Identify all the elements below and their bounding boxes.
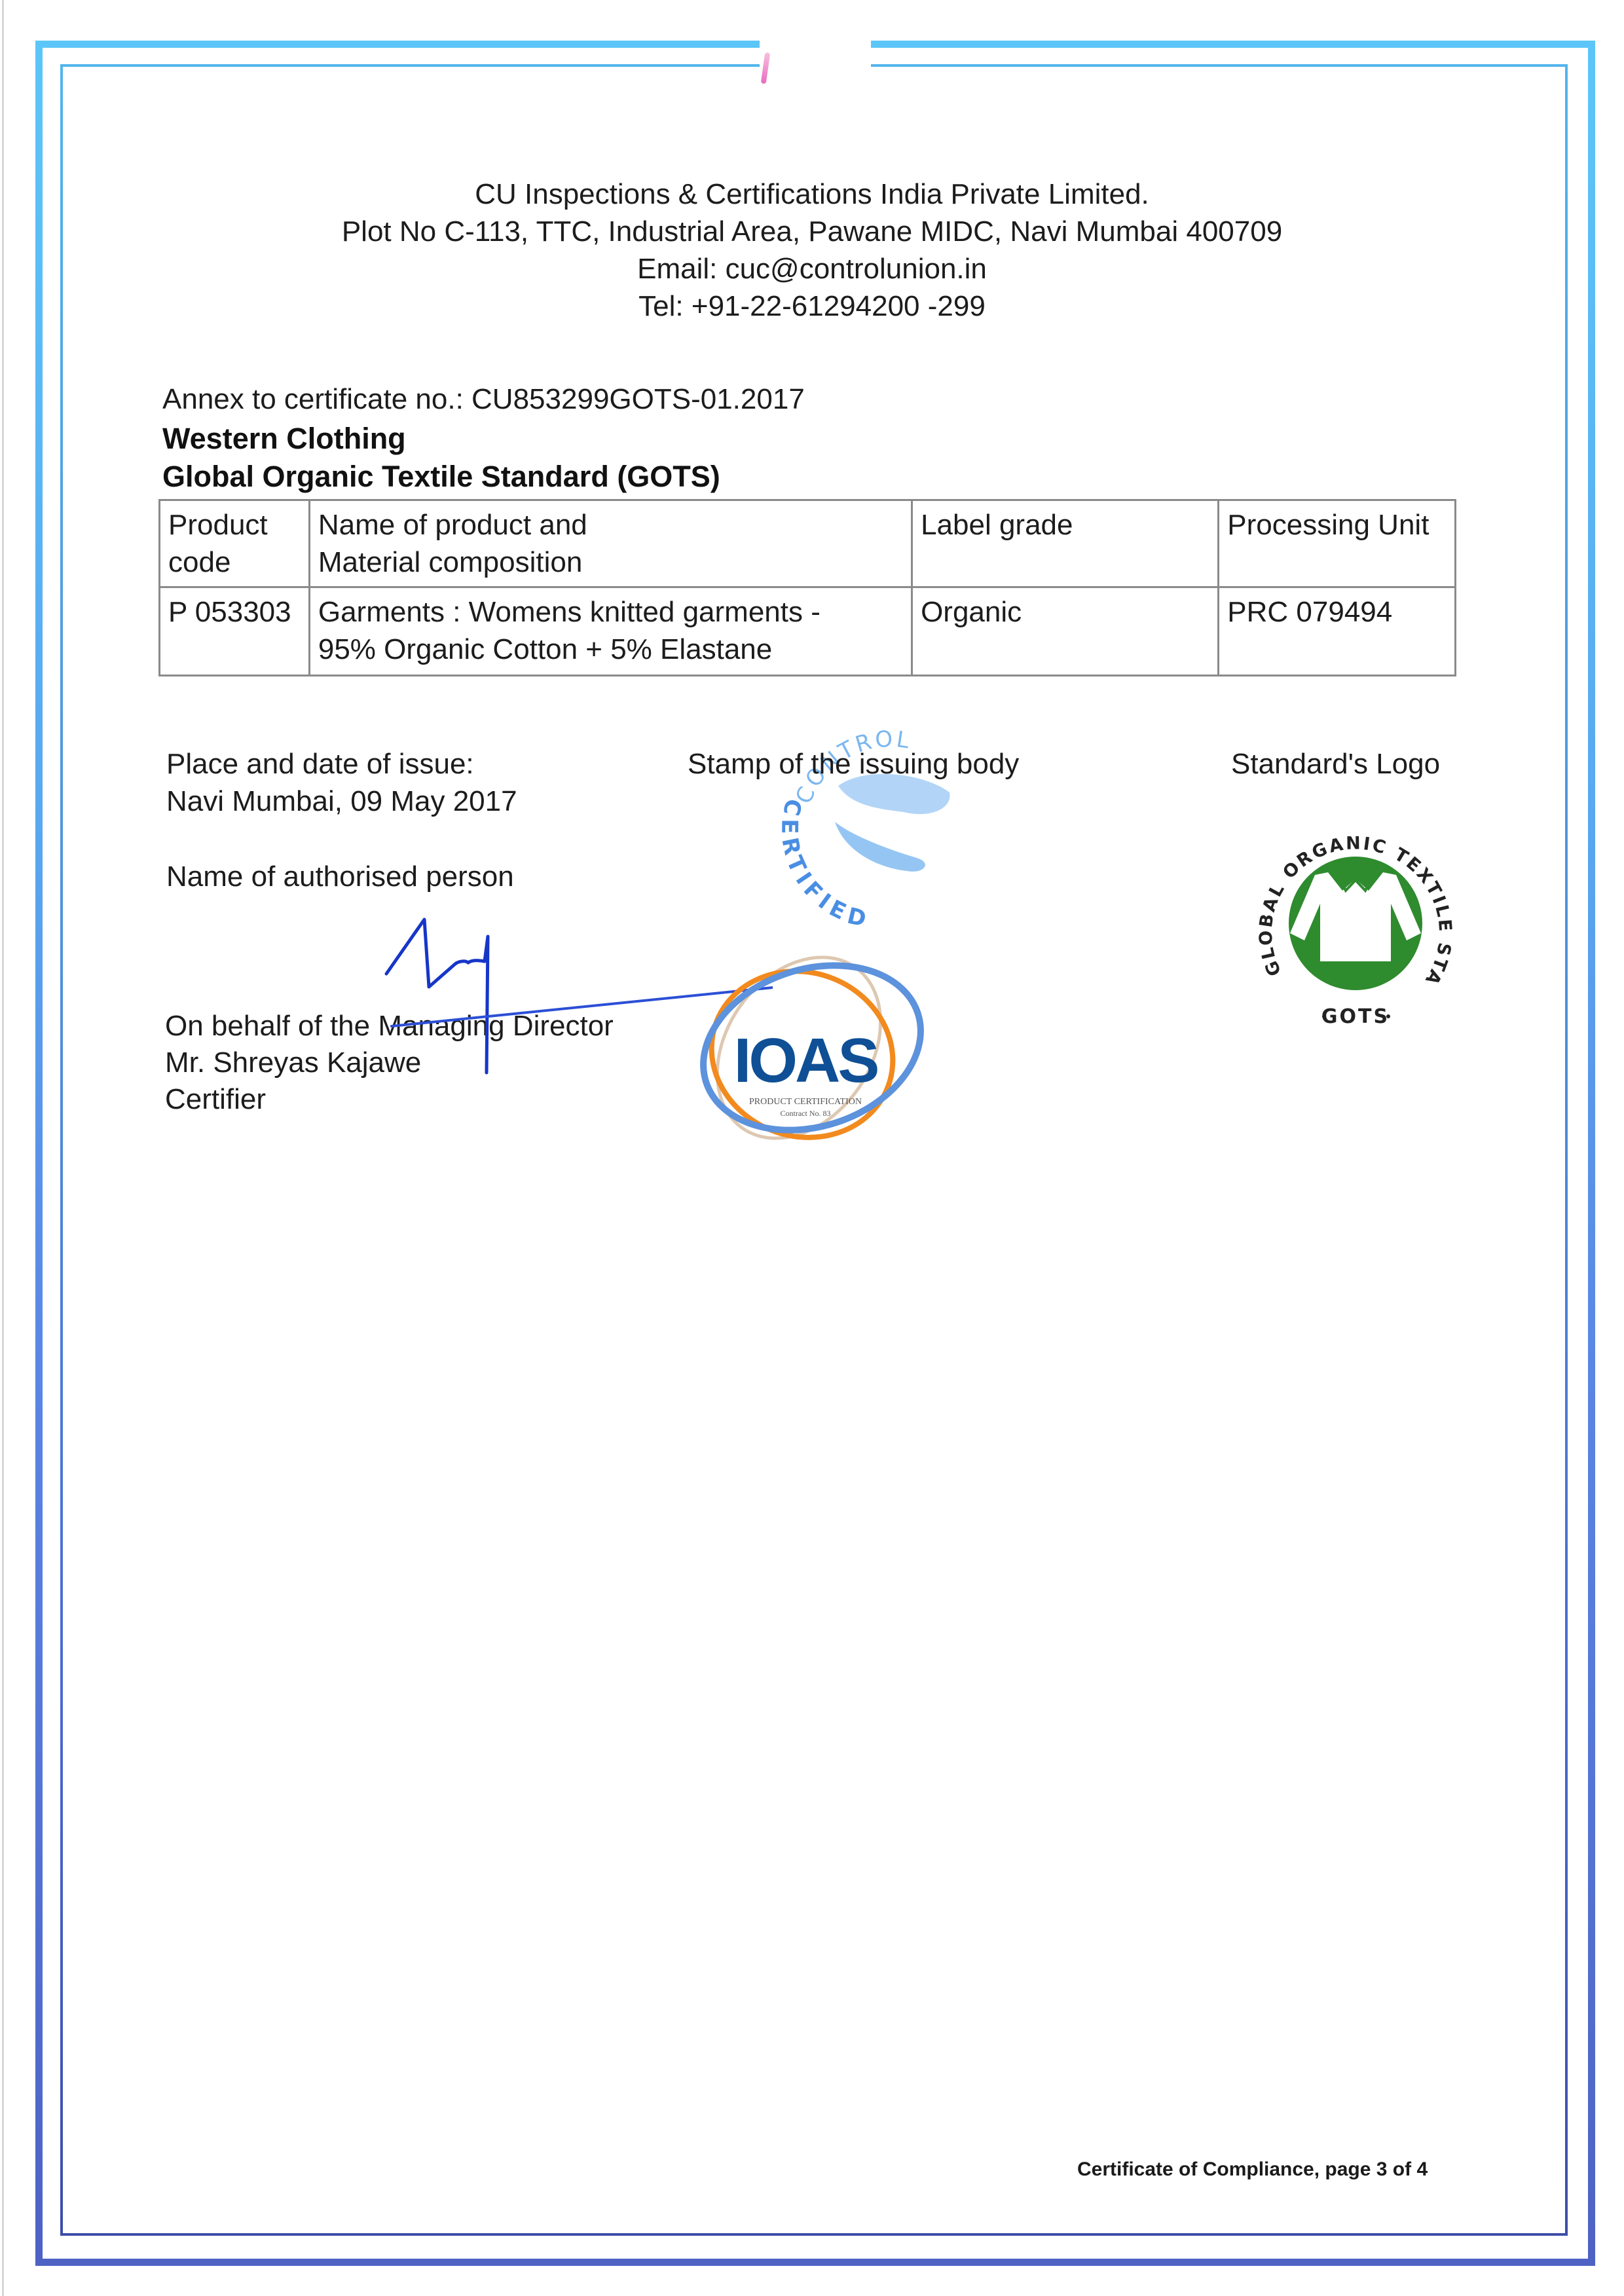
svg-text:PRODUCT CERTIFICATION: PRODUCT CERTIFICATION bbox=[749, 1097, 862, 1107]
svg-text:CERTIFIED: CERTIFIED bbox=[776, 796, 874, 934]
scan-edge-line bbox=[2, 0, 4, 2296]
person-role: Certifier bbox=[165, 1081, 266, 1118]
products-table: Product code Name of product and Materia… bbox=[158, 499, 1456, 676]
svg-text:Contract No. 83: Contract No. 83 bbox=[781, 1109, 831, 1118]
table-header-row: Product code Name of product and Materia… bbox=[160, 500, 1456, 587]
header-product-code: Product code bbox=[160, 500, 310, 587]
company-name: Western Clothing bbox=[162, 420, 406, 457]
issuer-email: Email: cuc@controlunion.in bbox=[0, 250, 1624, 287]
issuer-tel: Tel: +91-22-61294200 -299 bbox=[0, 287, 1624, 325]
standard-name: Global Organic Textile Standard (GOTS) bbox=[162, 458, 720, 495]
issuer-address: Plot No C-113, TTC, Industrial Area, Paw… bbox=[0, 213, 1624, 250]
svg-text:GOTS: GOTS bbox=[1321, 1005, 1390, 1028]
page-footer: Certificate of Compliance, page 3 of 4 bbox=[1077, 2158, 1428, 2181]
cell-label-grade: Organic bbox=[912, 587, 1219, 676]
ioas-logo: IOAS PRODUCT CERTIFICATION Contract No. … bbox=[681, 917, 930, 1166]
header-processing-unit: Processing Unit bbox=[1219, 500, 1456, 587]
stamp-label: Stamp of the issuing body bbox=[688, 745, 1019, 783]
cell-product-code: P 053303 bbox=[160, 587, 310, 676]
issuer-header: CU Inspections & Certifications India Pr… bbox=[0, 176, 1624, 325]
table-row: P 053303 Garments : Womens knitted garme… bbox=[160, 587, 1456, 676]
issuer-name: CU Inspections & Certifications India Pr… bbox=[0, 176, 1624, 213]
header-product-name: Name of product and Material composition bbox=[309, 500, 912, 587]
place-date-label: Place and date of issue: bbox=[166, 745, 474, 783]
border-gap bbox=[760, 36, 871, 75]
place-date-value: Navi Mumbai, 09 May 2017 bbox=[166, 783, 517, 820]
cell-processing-unit: PRC 079494 bbox=[1219, 587, 1456, 676]
standard-logo-label: Standard's Logo bbox=[1231, 745, 1440, 783]
svg-text:IOAS: IOAS bbox=[734, 1026, 878, 1096]
header-label-grade: Label grade bbox=[912, 500, 1219, 587]
cell-product-name: Garments : Womens knitted garments - 95%… bbox=[309, 587, 912, 676]
annex-certificate-number: Annex to certificate no.: CU853299GOTS-0… bbox=[162, 381, 805, 418]
gots-logo: GLOBAL ORGANIC TEXTILE STANDARD GOTS bbox=[1244, 812, 1467, 1035]
authorised-person-label: Name of authorised person bbox=[166, 858, 514, 895]
